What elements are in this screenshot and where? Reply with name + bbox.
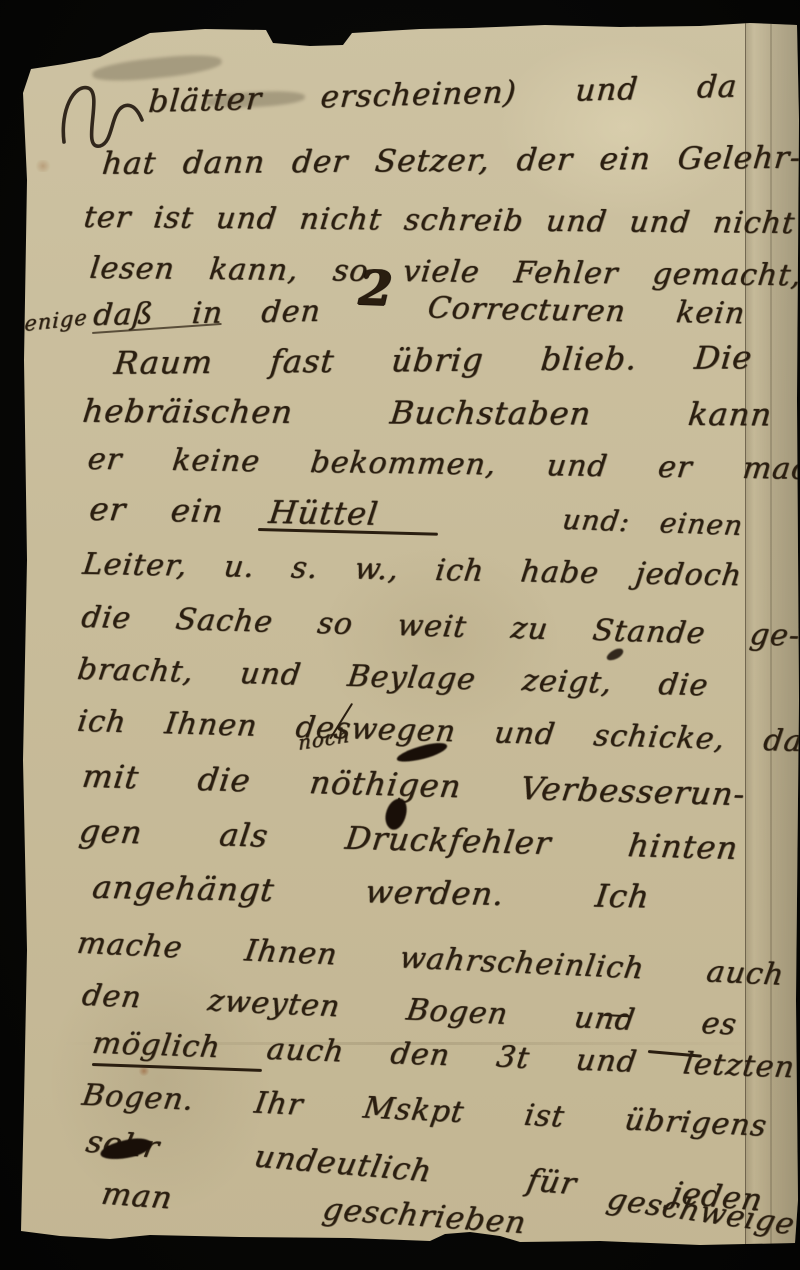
handwriting-line: angehängt werden. Ich (90, 868, 652, 916)
handwriting-line: Raum fast übrig blieb. Die (112, 338, 754, 382)
handwriting-line: hebräischen Buchstaben kann (81, 392, 774, 434)
letter-page: blätter erscheinen) und da hat dann der … (0, 0, 800, 1270)
handwriting-line: er keine bekommen, und er macht (86, 442, 800, 487)
handwriting-line: ter ist und nicht schreib und und nicht (82, 200, 797, 241)
ink-blot (605, 647, 625, 663)
margin-annotation: wenige (5, 305, 88, 338)
handwriting-line: Correcturen kein (426, 291, 748, 331)
bold-numeral: 2 (358, 260, 394, 317)
handwriting-line: hat dann der Setzer, der ein Gelehr- (101, 140, 800, 182)
handwriting-line: lesen kann, so viele Fehler gemacht, (88, 251, 800, 293)
handwriting-line: daß in den (92, 294, 322, 333)
rust-spot (34, 160, 52, 172)
handwriting-line: und: einen (560, 503, 745, 542)
handwriting-line: blätter erscheinen) und da (147, 69, 739, 121)
handwriting-line: er ein Hüttel (87, 490, 380, 533)
handwriting-line: gen als Druckfehler hinten (77, 812, 741, 867)
scan-background: blätter erscheinen) und da hat dann der … (0, 0, 800, 1270)
rust-spot (138, 1066, 150, 1076)
handwriting-line: Leiter, u. s. w., ich habe jedoch (81, 547, 744, 593)
handwriting-line: mit die nöthigen Verbesserun- (80, 757, 748, 813)
